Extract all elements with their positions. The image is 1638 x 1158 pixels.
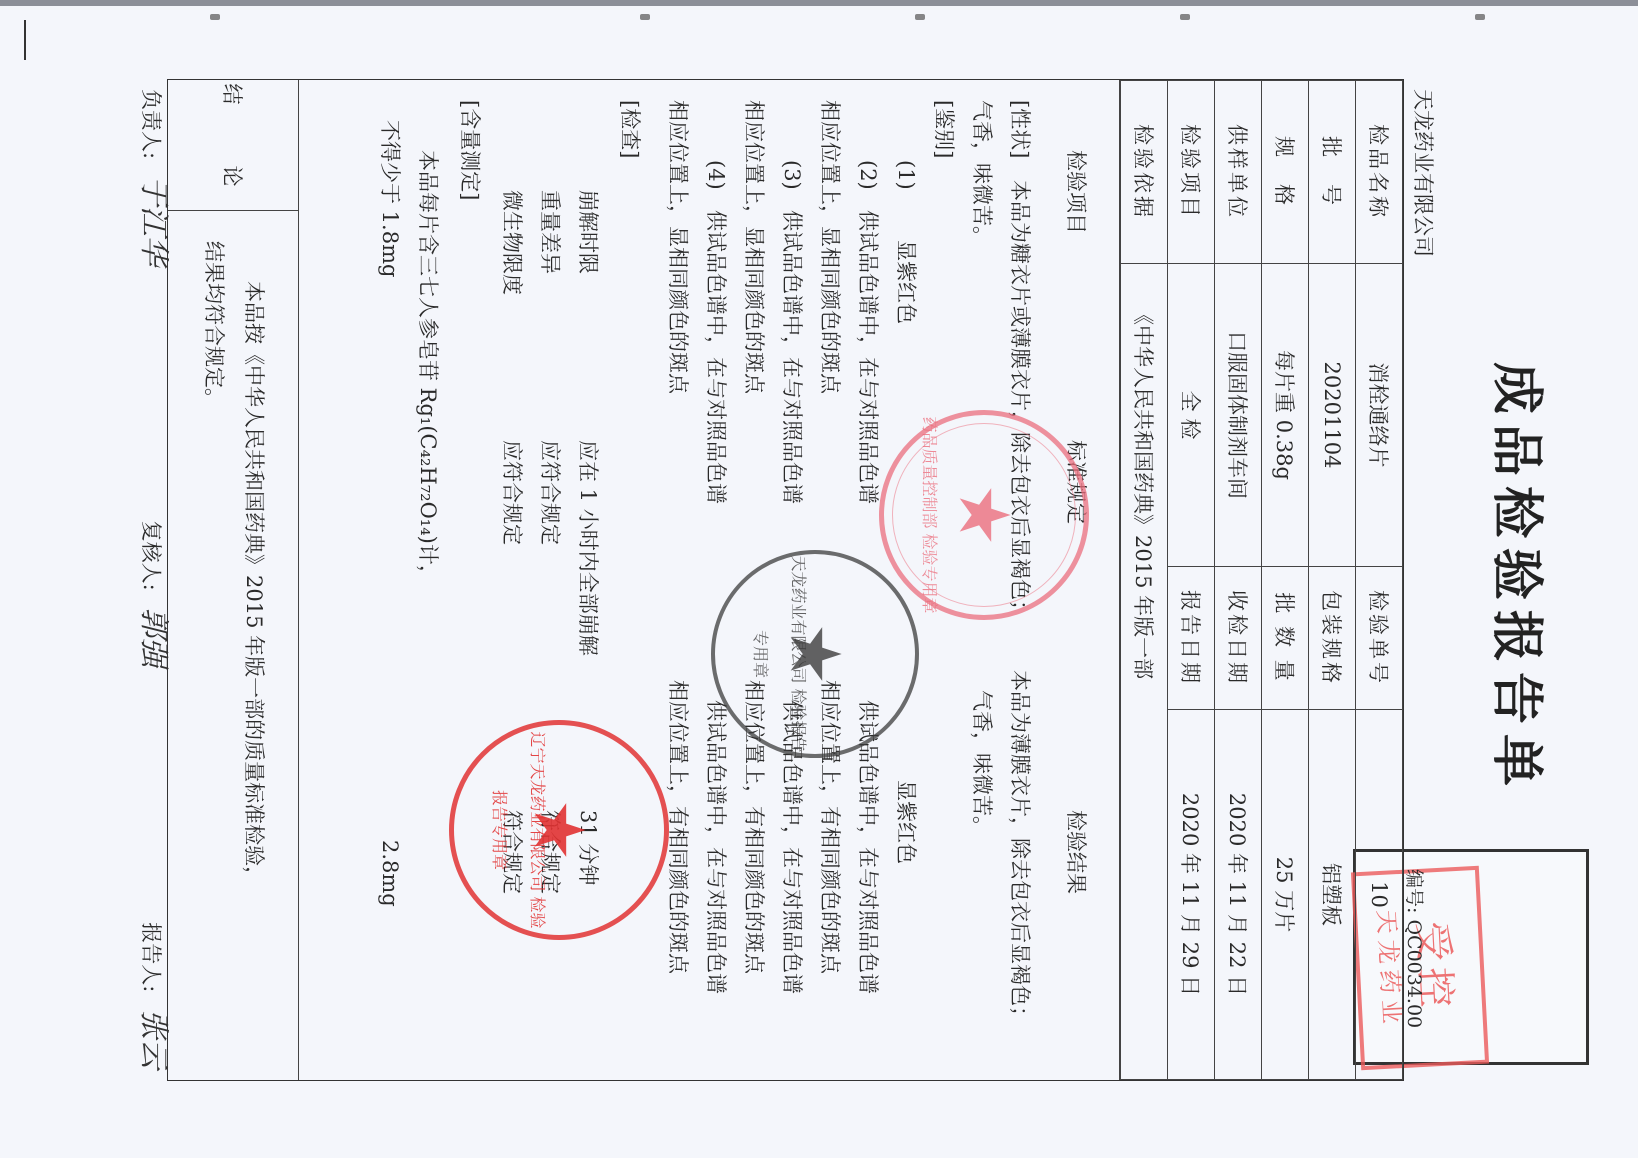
standard-text: 应符合规定 xyxy=(531,440,569,545)
reviewer-sign: 郭强 xyxy=(136,607,171,667)
report-number-value: QC0034.00 xyxy=(1403,919,1425,1028)
field-label: 规 格 xyxy=(1262,81,1309,264)
inspection-item: 重量差异 xyxy=(531,190,569,274)
result-text: 相应位置上，有相同颜色的斑点 xyxy=(659,680,697,974)
standard-text: 相应位置上，显相同颜色的斑点 xyxy=(659,100,697,394)
result-text: 供试品色谱中，在与对照品色谱 xyxy=(849,700,887,994)
standard-text: 应符合规定 xyxy=(493,440,531,545)
field-value: 10 xyxy=(1356,710,1403,1080)
responsible-label: 负责人: xyxy=(139,89,163,159)
info-row: 批 号 20201104 包装规格 铝塑板 xyxy=(1309,81,1356,1080)
standard-text: 本品每片含三七人参皂苷 Rg₁(C₄₂H₇₂O₁₄)计， xyxy=(409,150,447,586)
field-label: 包装规格 xyxy=(1309,567,1356,710)
stamp-caption: 药品质量控制部 检验专用章 xyxy=(910,415,948,615)
field-label: 报告日期 xyxy=(1168,567,1215,710)
conclusion-line: 结果均符合规定。 xyxy=(194,241,234,1050)
basis-row: 检验依据 《中华人民共和国药典》2015 年版一部 xyxy=(1121,81,1168,1080)
section-label-character: [性状] xyxy=(1001,100,1039,158)
inspection-item: 微生物限度 xyxy=(493,190,531,295)
info-row: 供样单位 口服固体制剂车间 收检日期 2020 年 11 月 22 日 xyxy=(1215,81,1262,1080)
scan-speck xyxy=(1180,14,1190,20)
result-text: 符合规定 xyxy=(531,810,569,894)
scan-edge-mark xyxy=(24,20,26,60)
reporter-label: 报告人: xyxy=(139,922,163,992)
result-text: 2.8mg xyxy=(371,840,409,907)
field-value: 2020 年 11 月 22 日 xyxy=(1215,710,1262,1080)
conclusion-row: 结 论 本品按《中华人民共和国药典》2015 年版一部的质量标准检验， 结果均符… xyxy=(168,80,299,1080)
signatures: 负责人: 于江华 复核人: 郭强 报告人: 张云 xyxy=(135,89,179,1069)
field-value: 全 检 xyxy=(1168,264,1215,567)
basis-value: 《中华人民共和国药典》2015 年版一部 xyxy=(1121,264,1168,1080)
reviewer-label: 复核人: xyxy=(139,521,163,591)
standard-text: 供试品色谱中，在与对照品色谱 xyxy=(773,210,811,504)
responsible-sign: 于江华 xyxy=(136,176,171,266)
standard-text: 气香，味微苦。 xyxy=(963,100,1001,247)
result-text: 本品为薄膜衣片，除去包衣后显褐色； xyxy=(1001,670,1039,1027)
ident-no: (1) xyxy=(887,160,925,190)
result-text: 供试品色谱中，在与对照品色谱 xyxy=(697,700,735,994)
field-label: 批 号 xyxy=(1309,81,1356,264)
conclusion-text: 本品按《中华人民共和国药典》2015 年版一部的质量标准检验， 结果均符合规定。 xyxy=(168,211,298,1080)
ident-no: (4) xyxy=(697,160,735,190)
report-form: 检品名称 消栓通络片 检验单号 10 批 号 20201104 包装规格 铝塑板… xyxy=(167,79,1404,1081)
ident-no: (3) xyxy=(773,160,811,190)
section-label-inspection: [检查] xyxy=(611,100,649,158)
reporter-sign: 张云 xyxy=(136,1009,171,1069)
results-body: 检验项目 标准规定 检验结果 [性状] 本品为糖衣片或薄膜衣片，除去包衣后显褐色… xyxy=(299,80,1120,1080)
scan-speck xyxy=(640,14,650,20)
scan-speck xyxy=(915,14,925,20)
standard-text: 本品为糖衣片或薄膜衣片，除去包衣后显褐色； xyxy=(1001,180,1039,621)
field-value: 20201104 xyxy=(1309,264,1356,567)
star-icon: ★ xyxy=(780,623,850,686)
inspection-item: 崩解时限 xyxy=(569,190,607,274)
report-page: 成品检验报告单 天龙药业有限公司 受控 天龙药业 编号: QC0034.00 检… xyxy=(59,49,1579,1109)
section-label-assay: [含量测定] xyxy=(451,100,489,200)
scan-edge xyxy=(0,0,1638,6)
standard-text: 供试品色谱中，在与对照品色谱 xyxy=(849,210,887,504)
standard-text: 应在 1 小时内全部崩解 xyxy=(569,440,607,656)
scan-speck xyxy=(210,14,220,20)
result-text: 相应位置上，有相同颜色的斑点 xyxy=(811,680,849,974)
field-label: 收检日期 xyxy=(1215,567,1262,710)
reviewer-signature: 复核人: 郭强 xyxy=(135,521,179,668)
info-table: 检品名称 消栓通络片 检验单号 10 批 号 20201104 包装规格 铝塑板… xyxy=(1120,80,1403,1080)
result-text: 符合规定 xyxy=(493,810,531,894)
info-row: 规 格 每片重 0.38g 批 数 量 25 万片 xyxy=(1262,81,1309,1080)
result-text: 供试品色谱中，在与对照品色谱 xyxy=(773,700,811,994)
scan-speck xyxy=(1475,14,1485,20)
column-item: 检验项目 xyxy=(1057,150,1095,234)
basis-label: 检验依据 xyxy=(1121,81,1168,264)
info-row: 检验项目 全 检 报告日期 2020 年 11 月 29 日 xyxy=(1168,81,1215,1080)
result-text: 显紫红色 xyxy=(887,780,925,864)
field-label: 检验项目 xyxy=(1168,81,1215,264)
field-value: 消栓通络片 xyxy=(1356,264,1403,567)
section-label-identification: [鉴别] xyxy=(925,100,963,158)
field-value: 口服固体制剂车间 xyxy=(1215,264,1262,567)
report-number: 编号: QC0034.00 xyxy=(1402,869,1429,1028)
standard-text: 相应位置上，显相同颜色的斑点 xyxy=(735,100,773,394)
field-value: 2020 年 11 月 29 日 xyxy=(1168,710,1215,1080)
standard-text: 不得少于 1.8mg xyxy=(371,120,409,277)
conclusion-label: 结 论 xyxy=(168,80,298,211)
company-name: 天龙药业有限公司 xyxy=(1409,89,1439,257)
result-text: 31 分钟 xyxy=(569,810,607,885)
column-result: 检验结果 xyxy=(1057,810,1095,894)
info-row: 检品名称 消栓通络片 检验单号 10 xyxy=(1356,81,1403,1080)
field-value: 每片重 0.38g xyxy=(1262,264,1309,567)
standard-text: 相应位置上，显相同颜色的斑点 xyxy=(811,100,849,394)
reporter-signature: 报告人: 张云 xyxy=(135,922,179,1069)
field-label: 批 数 量 xyxy=(1262,567,1309,710)
report-number-label: 编号: xyxy=(1403,869,1425,913)
result-text: 相应位置上，有相同颜色的斑点 xyxy=(735,680,773,974)
standard-text: 供试品色谱中，在与对照品色谱 xyxy=(697,210,735,504)
responsible-signature: 负责人: 于江华 xyxy=(135,89,179,266)
field-label: 检品名称 xyxy=(1356,81,1403,264)
field-label: 供样单位 xyxy=(1215,81,1262,264)
column-standard: 标准规定 xyxy=(1057,440,1095,524)
standard-text: 显紫红色 xyxy=(887,240,925,324)
field-value: 铝塑板 xyxy=(1309,710,1356,1080)
field-label: 检验单号 xyxy=(1356,567,1403,710)
ident-no: (2) xyxy=(849,160,887,190)
field-value: 25 万片 xyxy=(1262,710,1309,1080)
conclusion-line: 本品按《中华人民共和国药典》2015 年版一部的质量标准检验， xyxy=(234,241,274,1050)
result-text: 气香，味微苦。 xyxy=(963,690,1001,837)
